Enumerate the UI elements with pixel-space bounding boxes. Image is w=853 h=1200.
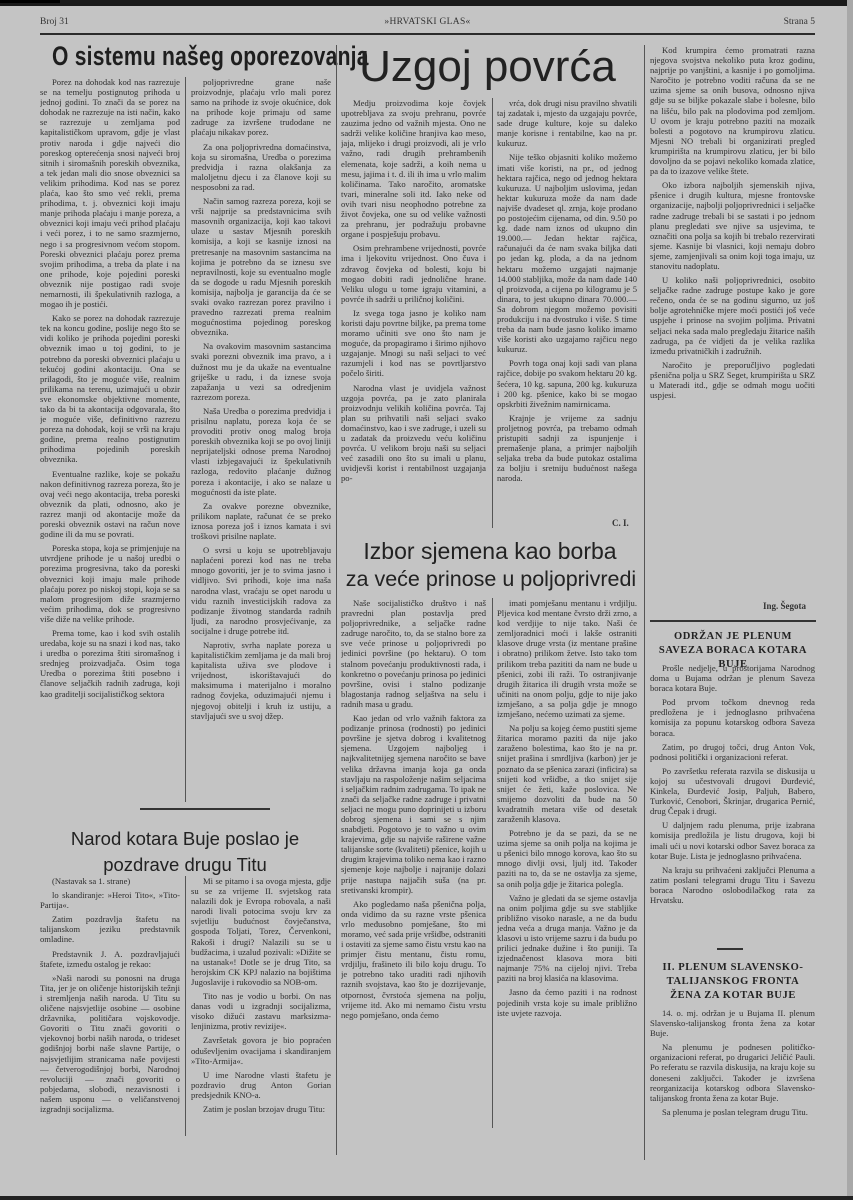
paragraph: Predstavnik J. A. pozdravljajući štafete…	[40, 949, 180, 969]
seed-column-2: imati pomješanu mentanu i vrdjilju. Plje…	[497, 598, 637, 1138]
tax-column-1: Porez na dohodak kod nas razrezuje se na…	[40, 77, 180, 802]
paragraph: Naše socijalističko društvo i naš pravre…	[341, 598, 486, 709]
seed-column-1: Naše socijalističko društvo i naš pravre…	[341, 598, 486, 1158]
potato-column: Kod krumpira ćemo promatrati razna njego…	[650, 45, 815, 605]
headline-tito: Narod kotara Buje poslao je pozdrave dru…	[40, 826, 330, 878]
paragraph: Jasno da ćemo paziti i na rodnost pojedi…	[497, 987, 637, 1017]
paragraph: Važno je gledati da se sjeme ostavlja na…	[497, 893, 637, 984]
vegetables-column-1: Medju proizvodima koje čovjek upotreblja…	[341, 98, 486, 528]
headline-tax: O sistemu našeg oporezovanja	[52, 40, 369, 72]
paragraph: Kao jedan od vrlo važnih faktora za podi…	[341, 713, 486, 895]
paragraph: Krajnje je vrijeme za sadnju proljetnog …	[497, 413, 637, 484]
vegetables-signature: C. I.	[612, 518, 629, 528]
headline-women-plenum: II. PLENUM SLAVENSKO-TALIJANSKOG FRONTA …	[652, 961, 814, 1003]
paragraph: »Naši narodi su ponosni na druga Tita, j…	[40, 973, 180, 1114]
paragraph: Potrebno je da se pazi, da se ne uzima s…	[497, 828, 637, 889]
paragraph: Porez na dohodak kod nas razrezuje se na…	[40, 77, 180, 309]
paragraph: Na ovakovim masovnim sastancima svaki po…	[191, 341, 331, 402]
paragraph: Medju proizvodima koje čovjek upotreblja…	[341, 98, 486, 239]
paragraph: Prošle nedjelje, u prostorijama Narodnog…	[650, 663, 815, 693]
paragraph: Zatim, po drugoj točci, drug Anton Vok, …	[650, 742, 815, 762]
paragraph: Iz svega toga jasno je koliko nam korist…	[341, 308, 486, 379]
paragraph: Za ona poljoprivredna domaćinstva, koja …	[191, 142, 331, 192]
paragraph: Narodna vlast je uvidjela važnost uzgoja…	[341, 383, 486, 484]
paragraph: Na plenumu je podnesen političko-organiz…	[650, 1042, 815, 1103]
women-column: 14. o. mj. održan je u Bujama II. plenum…	[650, 1008, 815, 1148]
paragraph: Ako pogledamo naša pšenična polja, onda …	[341, 899, 486, 1020]
tax-column-2: poljoprivredne grane naše proizvodnje, p…	[191, 77, 331, 802]
column-divider	[492, 598, 493, 1128]
scan-edge-top	[0, 0, 853, 6]
paragraph: 14. o. mj. održan je u Bujama II. plenum…	[650, 1008, 815, 1038]
paragraph: Na kraju su prihvaćeni zaključci Plenuma…	[650, 865, 815, 905]
paragraph: Pod prvom točkom dnevnog reda predložena…	[650, 697, 815, 737]
column-divider	[185, 876, 186, 1136]
paragraph: Kako se porez na dohodak razrezuje tek n…	[40, 313, 180, 464]
paragraph: Zatim pozdravlja štafetu na talijanskom …	[40, 914, 180, 944]
paragraph: Eventualne razlike, koje se pokažu nakon…	[40, 469, 180, 540]
paragraph: Kod krumpira ćemo promatrati razna njego…	[650, 45, 815, 176]
paragraph: Na polju sa kojeg ćemo pustiti sjeme žit…	[497, 723, 637, 824]
paragraph: Sa plenuma je poslan telegram drugu Titu…	[650, 1107, 815, 1117]
paragraph: imati pomješanu mentanu i vrdjilju. Plje…	[497, 598, 637, 719]
scan-edge-corner	[0, 0, 60, 3]
vegetables-column-2: vrća, dok drugi nisu pravilno shvatili t…	[497, 98, 637, 518]
paragraph: Poreska stopa, koja se primjenjuje na ut…	[40, 543, 180, 624]
paragraph: U ime Narodne vlasti štafetu je pozdravi…	[191, 1070, 331, 1100]
scan-edge-bottom	[0, 1196, 853, 1200]
tito-column-2: Mi se pitamo i sa ovoga mjesta, gdje su …	[191, 876, 331, 1176]
paragraph: vrća, dok drugi nisu pravilno shvatili t…	[497, 98, 637, 148]
paragraph: Način samog razreza poreza, koji se vrši…	[191, 196, 331, 337]
paragraph: Osim prehrambene vrijednosti, povrće ima…	[341, 243, 486, 304]
paragraph: U daljnjem radu plenuma, prije izabrana …	[650, 820, 815, 860]
column-divider	[492, 98, 493, 528]
paragraph: Za ovakve porezne obveznike, prilikom na…	[191, 501, 331, 541]
paragraph: Završetak govora je bio popraćen oduševl…	[191, 1035, 331, 1065]
paragraph: O svrsi u koju se upotrebljavaju naplaće…	[191, 545, 331, 636]
paragraph: Prema tome, kao i kod svih ostalih ureda…	[40, 628, 180, 699]
article-separator	[650, 620, 816, 622]
paragraph: Naša Uredba o porezima predvidja i prisi…	[191, 406, 331, 497]
column-divider	[336, 45, 337, 1155]
tito-column-1: (Nastavak sa 1. strane)lo skandiranje: »…	[40, 876, 180, 1176]
headline-seed-line2: za veće prinose u poljoprivredi	[336, 565, 646, 593]
paragraph: Naročito je preporučljivo pogledati pšen…	[650, 360, 815, 400]
column-divider	[185, 77, 186, 802]
running-header: Broj 31 »HRVATSKI GLAS« Strana 5	[40, 17, 815, 33]
newspaper-name: »HRVATSKI GLAS«	[40, 17, 815, 27]
paragraph: lo skandiranje: »Heroi Tito«, »Tito-Part…	[40, 890, 180, 910]
article-separator	[140, 808, 270, 810]
paragraph: Tito nas je vodio u borbi. On nas danas …	[191, 991, 331, 1031]
headline-vegetables: Uzgoj povrća	[340, 42, 635, 92]
page-number: Strana 5	[784, 17, 815, 27]
paragraph: Zatim je poslan brzojav drugu Titu:	[191, 1104, 331, 1114]
paragraph: U koliko naši poljoprivrednici, osobito …	[650, 275, 815, 356]
paragraph: Oko izbora najboljih sjemenskih njiva, p…	[650, 180, 815, 271]
scan-edge-right	[847, 0, 853, 1200]
potato-signature: Ing. Šegota	[763, 601, 806, 611]
paragraph: Nije teško objasniti koliko možemo imati…	[497, 152, 637, 354]
column-divider	[644, 45, 645, 1160]
veterans-column: Prošle nedjelje, u prostorijama Narodnog…	[650, 663, 815, 943]
paragraph: Naprotiv, svrha naplate poreza u kapital…	[191, 640, 331, 721]
paragraph: Mi se pitamo i sa ovoga mjesta, gdje su …	[191, 876, 331, 987]
paragraph: poljoprivredne grane naše proizvodnje, p…	[191, 77, 331, 138]
newspaper-page: Broj 31 »HRVATSKI GLAS« Strana 5 O siste…	[0, 0, 853, 1200]
header-rule	[40, 33, 815, 35]
paragraph: Povrh toga onaj koji sadi van plana rajč…	[497, 358, 637, 408]
article-separator	[717, 948, 743, 950]
paragraph: Po završetku referata razvila se diskusi…	[650, 766, 815, 816]
paragraph: (Nastavak sa 1. strane)	[40, 876, 180, 886]
headline-seed-line1: Izbor sjemena kao borba	[340, 537, 640, 565]
